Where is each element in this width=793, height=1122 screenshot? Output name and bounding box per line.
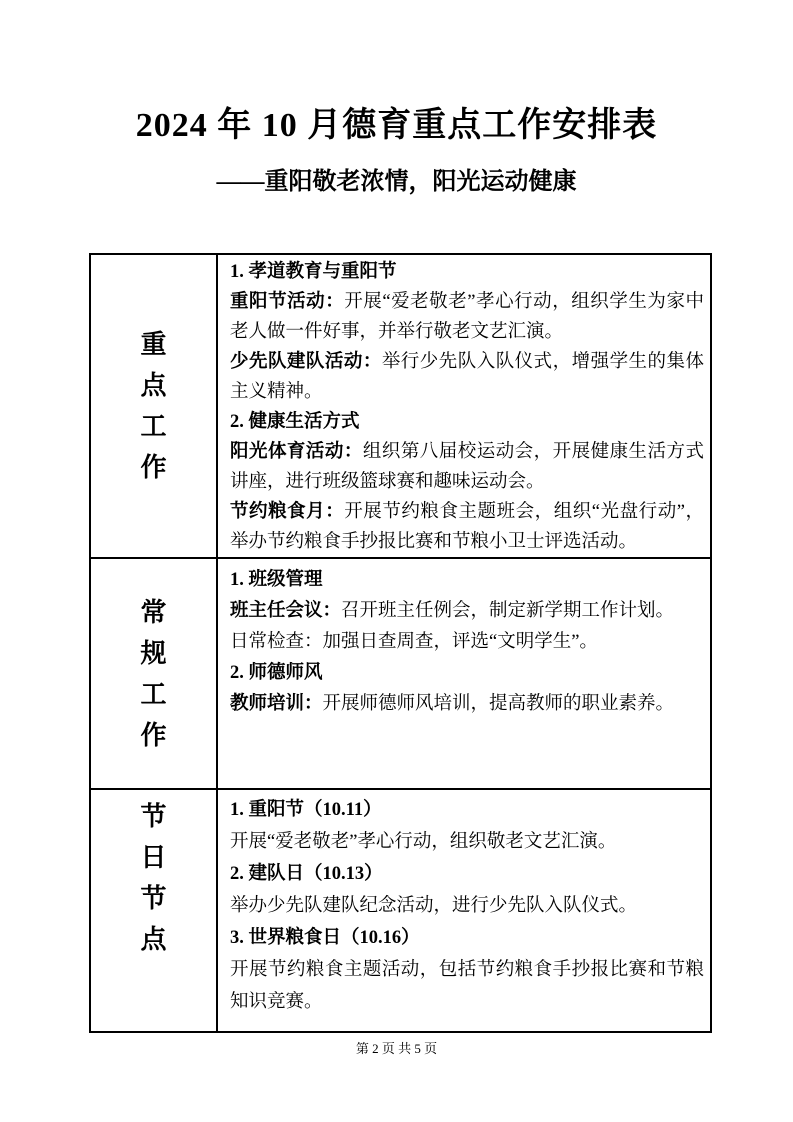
row-header-char: 节 <box>92 878 215 919</box>
row-content-key-work: 1. 孝道教育与重阳节 重阳节活动：开展“爱老敬老”孝心行动，组织学生为家中老人… <box>217 254 711 558</box>
paragraph: 日常检查：加强日查周查，评选“文明学生”。 <box>230 627 704 658</box>
row-header-char: 重 <box>92 324 215 365</box>
paragraph-label: 1. 孝道教育与重阳节 <box>230 262 397 282</box>
row-content-routine-work: 1. 班级管理 班主任会议：召开班主任例会，制定新学期工作计划。 日常检查：加强… <box>217 558 711 789</box>
paragraph-text: 举办少先队建队纪念活动，进行少先队入队仪式。 <box>230 896 637 916</box>
row-content-festival-nodes: 1. 重阳节（10.11） 开展“爱老敬老”孝心行动，组织敬老文艺汇演。 2. … <box>217 789 711 1032</box>
paragraph: 2. 建队日（10.13） <box>230 858 704 890</box>
paragraph-label: 2. 建队日（10.13） <box>230 864 383 884</box>
row-header-char: 常 <box>92 592 215 633</box>
paragraph-label: 2. 健康生活方式 <box>230 412 360 432</box>
page-number: 第 2 页 共 5 页 <box>0 1038 793 1057</box>
table-row-routine-work: 常 规 工 作 1. 班级管理 班主任会议：召开班主任例会，制定新学期工作计划。… <box>90 558 711 789</box>
paragraph: 1. 班级管理 <box>230 565 704 596</box>
paragraph: 少先队建队活动：举行少先队入队仪式，增强学生的集体主义精神。 <box>230 347 704 407</box>
table-row-key-work: 重 点 工 作 1. 孝道教育与重阳节 重阳节活动：开展“爱老敬老”孝心行动，组… <box>90 254 711 558</box>
paragraph-label: 节约粮食月： <box>230 502 344 522</box>
document-title: 2024 年 10 月德育重点工作安排表 <box>0 97 793 146</box>
paragraph: 2. 健康生活方式 <box>230 407 704 437</box>
row-header-char: 工 <box>92 674 215 715</box>
paragraph-label: 3. 世界粮食日（10.16） <box>230 928 420 948</box>
row-header-char: 规 <box>92 633 215 674</box>
row-header-char: 作 <box>92 447 215 488</box>
row-header-char: 日 <box>92 837 215 878</box>
paragraph: 开展节约粮食主题活动，包括节约粮食手抄报比赛和节粮知识竞赛。 <box>230 954 704 1018</box>
paragraph: 节约粮食月：开展节约粮食主题班会，组织“光盘行动”，举办节约粮食手抄报比赛和节粮… <box>230 497 704 557</box>
paragraph-text: 召开班主任例会，制定新学期工作计划。 <box>341 601 674 621</box>
paragraph: 班主任会议：召开班主任例会，制定新学期工作计划。 <box>230 596 704 627</box>
row-header-festival-nodes: 节 日 节 点 <box>90 789 217 1032</box>
paragraph: 重阳节活动：开展“爱老敬老”孝心行动，组织学生为家中老人做一件好事，并举行敬老文… <box>230 287 704 347</box>
row-header-char: 工 <box>92 406 215 447</box>
paragraph: 阳光体育活动：组织第八届校运动会，开展健康生活方式讲座，进行班级篮球赛和趣味运动… <box>230 437 704 497</box>
paragraph-label: 2. 师德师风 <box>230 663 323 683</box>
paragraph: 1. 重阳节（10.11） <box>230 794 704 826</box>
paragraph-label: 少先队建队活动： <box>230 352 382 372</box>
paragraph: 教师培训：开展师德师风培训，提高教师的职业素养。 <box>230 689 704 720</box>
schedule-table: 重 点 工 作 1. 孝道教育与重阳节 重阳节活动：开展“爱老敬老”孝心行动，组… <box>89 253 712 1033</box>
paragraph-text: 日常检查：加强日查周查，评选“文明学生”。 <box>230 632 598 652</box>
paragraph: 3. 世界粮食日（10.16） <box>230 922 704 954</box>
paragraph: 举办少先队建队纪念活动，进行少先队入队仪式。 <box>230 890 704 922</box>
document-subtitle: ——重阳敬老浓情，阳光运动健康 <box>0 161 793 196</box>
document-page: 2024 年 10 月德育重点工作安排表 ——重阳敬老浓情，阳光运动健康 重 点… <box>0 0 793 1122</box>
row-header-key-work: 重 点 工 作 <box>90 254 217 558</box>
row-header-char: 点 <box>92 365 215 406</box>
paragraph-text: 开展节约粮食主题活动，包括节约粮食手抄报比赛和节粮知识竞赛。 <box>230 960 704 1012</box>
paragraph-text: 开展“爱老敬老”孝心行动，组织敬老文艺汇演。 <box>230 832 616 852</box>
row-header-routine-work: 常 规 工 作 <box>90 558 217 789</box>
paragraph: 2. 师德师风 <box>230 658 704 689</box>
row-header-char: 点 <box>92 919 215 960</box>
paragraph-label: 教师培训： <box>230 694 323 714</box>
paragraph-text: 开展师德师风培训，提高教师的职业素养。 <box>323 694 675 714</box>
paragraph: 1. 孝道教育与重阳节 <box>230 257 704 287</box>
paragraph-label: 阳光体育活动： <box>230 442 363 462</box>
paragraph-label: 1. 重阳节（10.11） <box>230 800 382 820</box>
row-header-char: 节 <box>92 796 215 837</box>
table-row-festival-nodes: 节 日 节 点 1. 重阳节（10.11） 开展“爱老敬老”孝心行动，组织敬老文… <box>90 789 711 1032</box>
paragraph: 开展“爱老敬老”孝心行动，组织敬老文艺汇演。 <box>230 826 704 858</box>
row-header-char: 作 <box>92 715 215 756</box>
paragraph-label: 班主任会议： <box>230 601 341 621</box>
paragraph-label: 1. 班级管理 <box>230 570 323 590</box>
paragraph-label: 重阳节活动： <box>230 292 344 312</box>
